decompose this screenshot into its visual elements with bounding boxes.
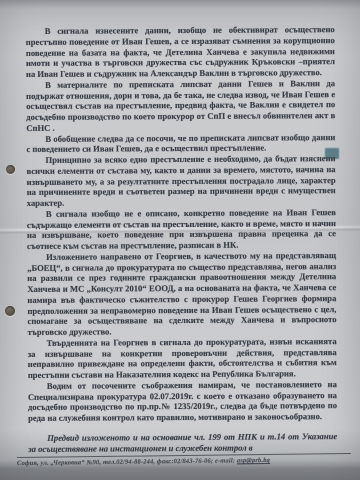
document-body: В сигнала изнесените данни, изобщо не об… [26, 24, 338, 454]
body-paragraph: Водим от посочените съображения намирам,… [28, 379, 337, 424]
closing-paragraph: Предвид изложеното и на основание чл. 19… [28, 431, 337, 454]
body-paragraph: В обобщение следва да се посочи, че по п… [26, 132, 335, 155]
footer-contact-line: София, ул. „Черковна“ №90, тел.02/94-88-… [17, 456, 351, 467]
body-paragraph: В сигнала изнесените данни, изобщо не об… [26, 24, 335, 80]
punch-hole-top [6, 165, 15, 174]
footer-email: asp@prb.bg [237, 457, 270, 464]
document-photo: В сигнала изнесените данни, изобщо не об… [0, 0, 360, 480]
body-paragraph: Твърденията на Георгиев в сигнала до про… [28, 336, 337, 381]
footer-address: София, ул. „Черковна“ №90, тел.02/94-88-… [17, 457, 237, 467]
body-paragraph: Принципно за всяко едно престъпление е н… [26, 153, 335, 209]
punch-hole-bottom [5, 306, 15, 316]
footer: София, ул. „Черковна“ №90, тел.02/94-88-… [17, 453, 351, 467]
body-paragraph: В сигнала изобщо не е описано, конкретно… [27, 207, 336, 252]
body-paragraph: Изложението направено от Георгиев, в кач… [27, 250, 337, 338]
body-paragraph: В материалите по преписката липсват данн… [26, 78, 335, 134]
